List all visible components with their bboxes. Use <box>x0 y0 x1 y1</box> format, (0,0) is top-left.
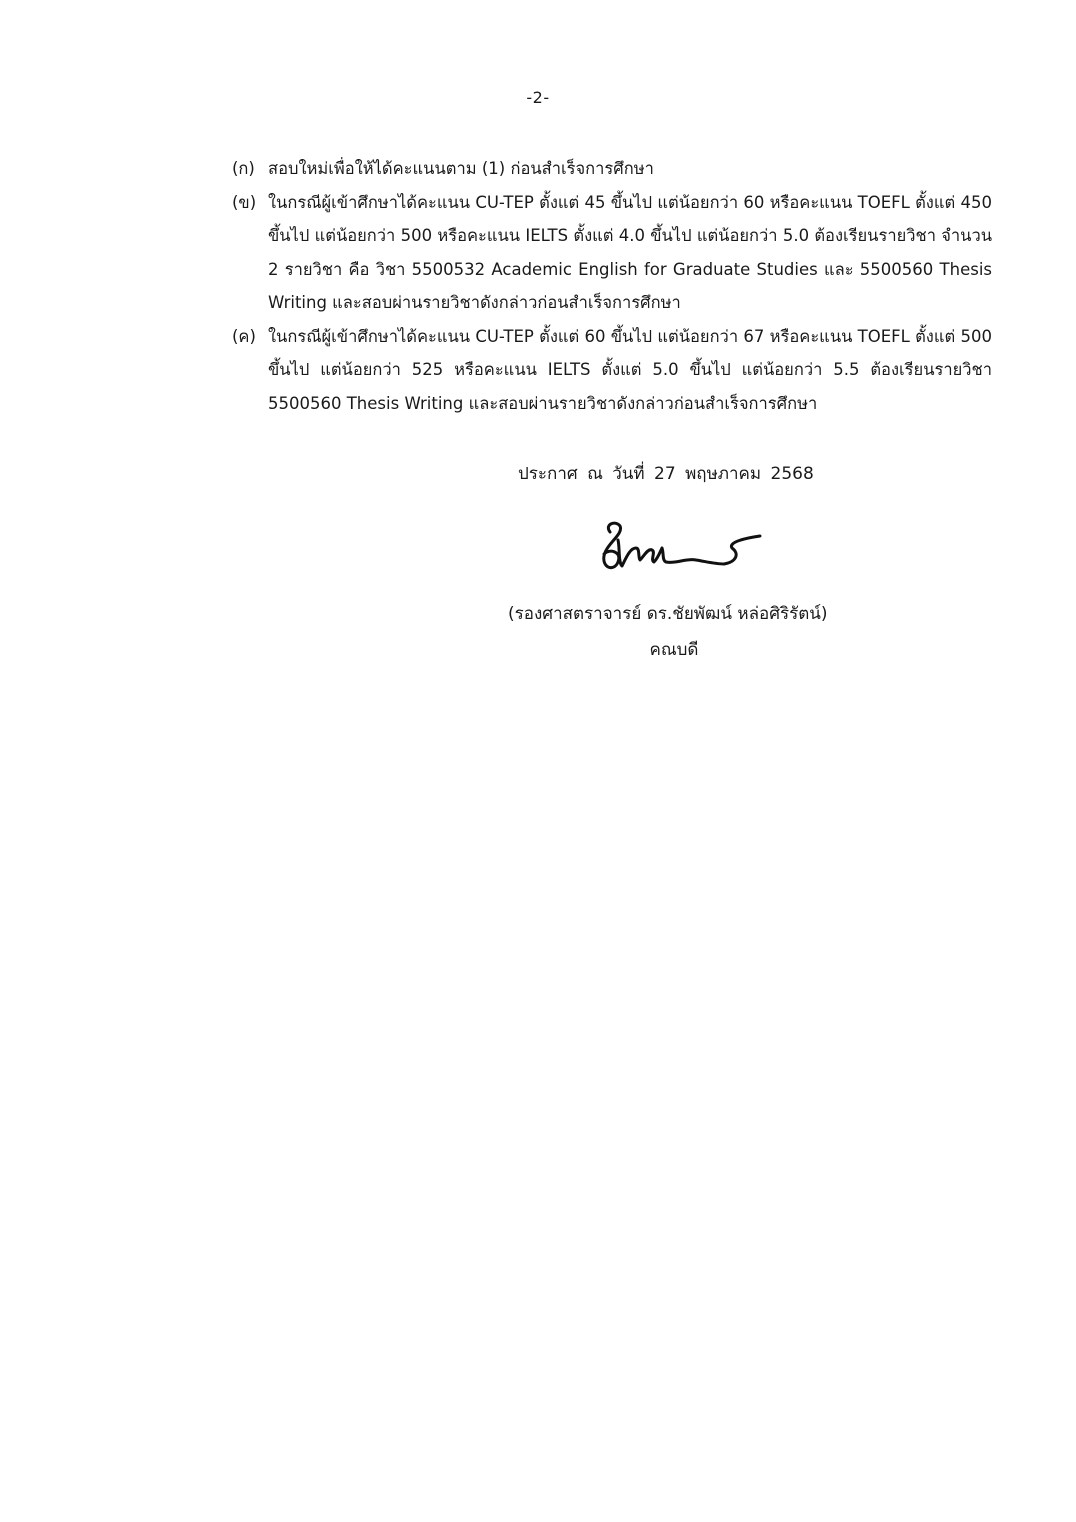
item-text: ในกรณีผู้เข้าศึกษาได้คะแนน CU-TEP ตั้งแต… <box>268 186 992 320</box>
list-item: (ค) ในกรณีผู้เข้าศึกษาได้คะแนน CU-TEP ตั… <box>232 320 992 421</box>
item-marker: (ก) <box>232 152 255 186</box>
item-marker: (ค) <box>232 320 256 354</box>
signature-icon <box>596 518 766 580</box>
announcement-date: ประกาศ ณ วันที่ 27 พฤษภาคม 2568 <box>518 460 814 487</box>
signer-name: (รองศาสตราจารย์ ดร.ชัยพัฒน์ หล่อศิริรัตน… <box>508 600 828 627</box>
signer-title: คณบดี <box>0 636 1076 663</box>
item-text: ในกรณีผู้เข้าศึกษาได้คะแนน CU-TEP ตั้งแต… <box>268 320 992 421</box>
list-item: (ก) สอบใหม่เพื่อให้ได้คะแนนตาม (1) ก่อนส… <box>232 152 992 186</box>
item-marker: (ข) <box>232 186 256 220</box>
list-item: (ข) ในกรณีผู้เข้าศึกษาได้คะแนน CU-TEP ตั… <box>232 186 992 320</box>
requirement-list: (ก) สอบใหม่เพื่อให้ได้คะแนนตาม (1) ก่อนส… <box>232 152 992 420</box>
page-number: -2- <box>0 88 1076 107</box>
item-text: สอบใหม่เพื่อให้ได้คะแนนตาม (1) ก่อนสำเร็… <box>268 152 992 186</box>
